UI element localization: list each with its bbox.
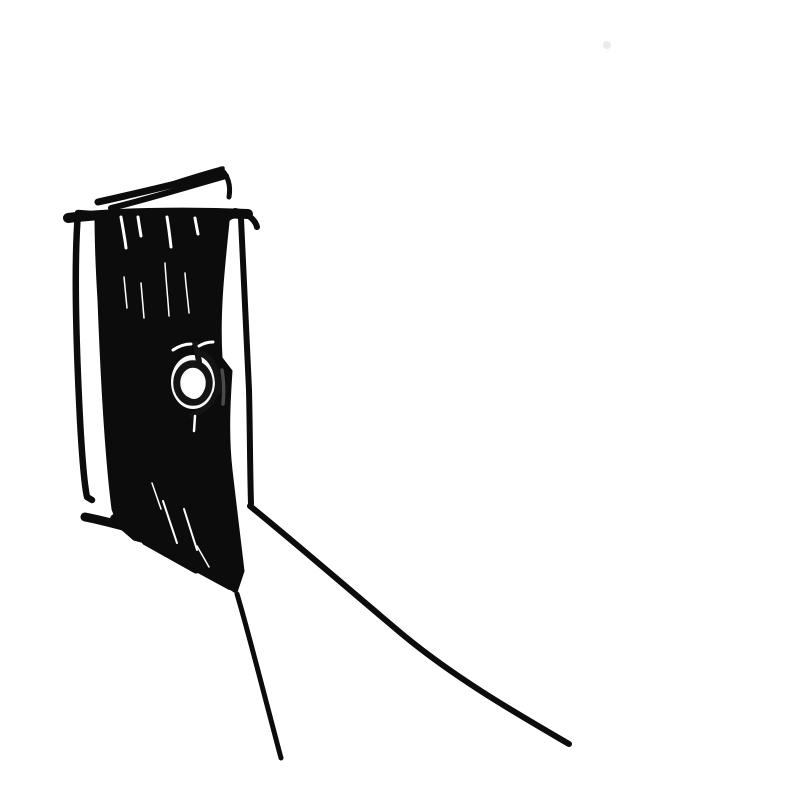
doorknob-gap (194, 416, 195, 431)
door-sketch-canvas (0, 0, 800, 800)
steep-floor-line (237, 594, 281, 758)
doorknob-gray-streak (222, 370, 224, 404)
long-floor-line (250, 506, 569, 744)
faint-stray-dot (603, 41, 611, 49)
doorknob-center (183, 369, 205, 399)
door-slab (96, 211, 243, 592)
ink-strokes (68, 168, 569, 758)
door-top-right-hook (221, 169, 230, 197)
sketch-page (0, 0, 800, 800)
